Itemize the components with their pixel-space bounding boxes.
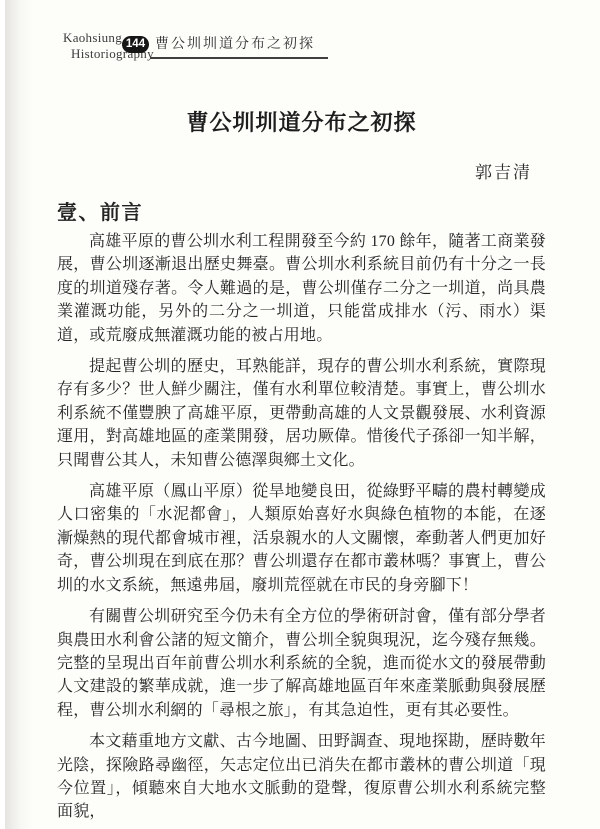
section-heading: 壹、前言 bbox=[57, 196, 143, 225]
paragraph-2: 提起曹公圳的歷史，耳熟能詳，現存的曹公圳水利系統，實際現存有多少？世人鮮少關注，… bbox=[57, 355, 546, 472]
scanned-page: Kaohsiung Historiography 144 曹公圳圳道分布之初探 … bbox=[0, 0, 600, 829]
running-title-rule bbox=[150, 57, 328, 59]
running-title: 曹公圳圳道分布之初探 bbox=[155, 33, 315, 53]
paragraph-3: 高雄平原（鳳山平原）從旱地變良田，從綠野平疇的農村轉變成人口密集的「水泥都會」，… bbox=[57, 480, 546, 597]
paragraph-1: 高雄平原的曹公圳水利工程開發至今約 170 餘年，隨著工商業發展，曹公圳逐漸退出… bbox=[57, 230, 546, 347]
page-gutter-shadow bbox=[5, 0, 33, 829]
page-number-badge: 144 bbox=[122, 36, 149, 53]
paragraph-4: 有關曹公圳研究至今仍未有全方位的學術研討會，僅有部分學者與農田水利會公諸的短文簡… bbox=[57, 605, 546, 722]
paragraph-5: 本文藉重地方文獻、古今地圖、田野調查、現地探勘，歷時數年光陰，探險路尋幽徑，矢志… bbox=[57, 730, 546, 824]
author-name: 郭吉清 bbox=[57, 158, 532, 183]
article-body: 高雄平原的曹公圳水利工程開發至今約 170 餘年，隨著工商業發展，曹公圳逐漸退出… bbox=[57, 230, 546, 829]
article-title: 曹公圳圳道分布之初探 bbox=[57, 106, 546, 137]
